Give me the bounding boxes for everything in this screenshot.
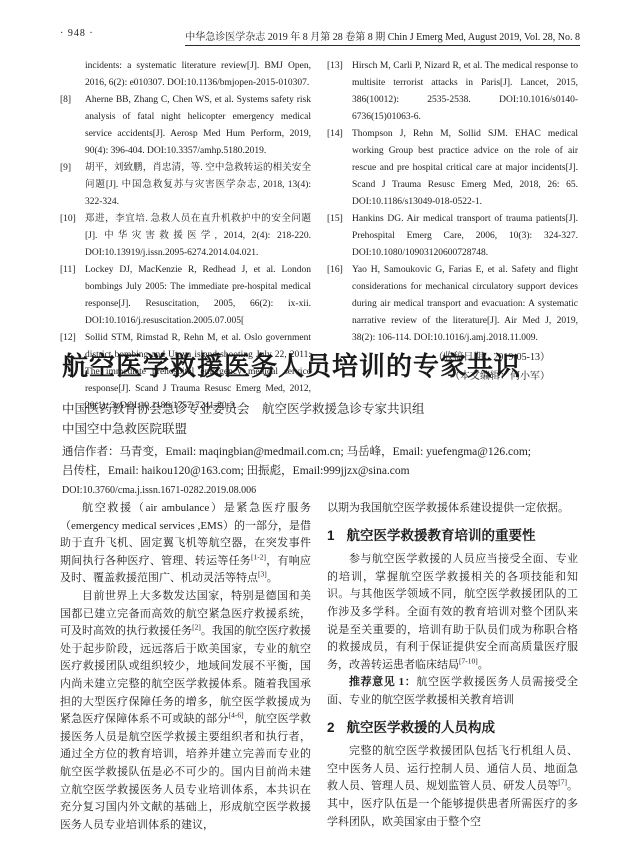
reference-text: Hankins DG. Air medical transport of tra… xyxy=(352,211,578,262)
journal-running-head-text: 中华急诊医学杂志 2019 年 8 月第 28 卷第 8 期 Chin J Em… xyxy=(185,28,580,46)
section-title: 航空医学救援的人员构成 xyxy=(347,720,496,735)
correspondence-line-2: 吕传柱，Email: haikou120@163.com; 田振彪，Email:… xyxy=(62,462,578,481)
paragraph-text: 完整的航空医学救援团队包括飞行机组人员、空中医务人员、运行控制人员、通信人员、地… xyxy=(327,745,578,792)
reference-item: [10] 郑进，李宜培. 急救人员在直升机救护中的安全问题[J]. 中华灾害救援… xyxy=(60,211,311,262)
reference-text: Thompson J, Rehn M, Sollid SJM. EHAC med… xyxy=(352,126,578,211)
recommendation-paragraph: 推荐意见 1：航空医学救援医务人员需接受全面、专业的航空医学救援相关教育培训 xyxy=(327,674,578,709)
paragraph: 以期为我国航空医学救援体系建设提供一定依据。 xyxy=(327,500,578,518)
reference-number: [9] xyxy=(60,160,85,211)
reference-number: [16] xyxy=(327,262,352,347)
paragraph: 目前世界上大多数发达国家，特别是德国和美国都已建立完备而高效的航空紧急医疗救援系… xyxy=(60,588,311,834)
reference-text: incidents: a systematic literature revie… xyxy=(85,58,311,92)
reference-item: [8] Aherne BB, Zhang C, Chen WS, et al. … xyxy=(60,92,311,160)
reference-text: Aherne BB, Zhang C, Chen WS, et al. Syst… xyxy=(85,92,311,160)
reference-number: [8] xyxy=(60,92,85,160)
citation-marker: [7] xyxy=(558,778,567,787)
author-group-line-2: 中国空中急救医院联盟 xyxy=(62,419,578,439)
body-column-left: 航空救援（air ambulance）是紧急医疗服务（emergency med… xyxy=(60,500,311,834)
citation-marker: [7-10] xyxy=(459,656,478,665)
section-number: 1 xyxy=(327,528,335,543)
article-title: 航空医学救援医务人员培训的专家共识 xyxy=(62,346,578,383)
reference-number: [15] xyxy=(327,211,352,262)
section-number: 2 xyxy=(327,720,335,735)
doi: DOI:10.3760/cma.j.issn.1671-0282.2019.08… xyxy=(62,485,578,496)
reference-text: 郑进，李宜培. 急救人员在直升机救护中的安全问题[J]. 中华灾害救援医学, 2… xyxy=(85,211,311,262)
reference-text: Hirsch M, Carli P, Nizard R, et al. The … xyxy=(352,58,578,126)
journal-running-head: 中华急诊医学杂志 2019 年 8 月第 28 卷第 8 期 Chin J Em… xyxy=(180,28,580,46)
body-column-right: 以期为我国航空医学救援体系建设提供一定依据。 1航空医学救援教育培训的重要性 参… xyxy=(327,500,578,834)
reference-number: [10] xyxy=(60,211,85,262)
section-title: 航空医学救援教育培训的重要性 xyxy=(347,528,536,543)
paragraph-text: ，航空医学救援医务人员是航空医学救援主要组织者和执行者，通过全方位的教育培训，培… xyxy=(60,713,311,831)
reference-item: incidents: a systematic literature revie… xyxy=(60,58,311,92)
author-group-line-1: 中国医药教育协会急诊专业委员会 航空医学救援急诊专家共识组 xyxy=(62,399,578,419)
reference-item: [16] Yao H, Samoukovic G, Farias E, et a… xyxy=(327,262,578,347)
reference-text: Lockey DJ, MacKenzie R, Redhead J, et al… xyxy=(85,262,311,330)
article-header: 航空医学救援医务人员培训的专家共识 中国医药教育协会急诊专业委员会 航空医学救援… xyxy=(62,346,578,496)
citation-marker: [2] xyxy=(192,623,201,632)
paragraph-text: 。我国的航空医疗救援处于起步阶段，远远落后于欧美国家，专业的航空医疗救援团队或组… xyxy=(60,625,311,725)
reference-item: [9] 胡平，刘致鹏，肖忠清，等. 空中急救转运的相关安全问题[J]. 中国急救… xyxy=(60,160,311,211)
paragraph-text: 参与航空医学救援的人员应当接受全面、专业的培训，掌握航空医学救援相关的各项技能和… xyxy=(327,553,578,671)
article-body: 航空救援（air ambulance）是紧急医疗服务（emergency med… xyxy=(60,500,578,834)
paragraph: 完整的航空医学救援团队包括飞行机组人员、空中医务人员、运行控制人员、通信人员、地… xyxy=(327,743,578,831)
recommendation-label: 推荐意见 1： xyxy=(349,676,416,688)
reference-item: [15] Hankins DG. Air medical transport o… xyxy=(327,211,578,262)
paragraph-text: 。 xyxy=(267,572,278,584)
reference-text: 胡平，刘致鹏，肖忠清，等. 空中急救转运的相关安全问题[J]. 中国急救复苏与灾… xyxy=(85,160,311,211)
reference-text: Yao H, Samoukovic G, Farias E, et al. Sa… xyxy=(352,262,578,347)
page-header: · 948 · 中华急诊医学杂志 2019 年 8 月第 28 卷第 8 期 C… xyxy=(60,28,580,46)
paragraph-text: 。 xyxy=(478,659,489,671)
reference-number: [13] xyxy=(327,58,352,126)
citation-marker: [3] xyxy=(258,570,267,579)
page-number: · 948 · xyxy=(60,28,180,39)
reference-item: [14] Thompson J, Rehn M, Sollid SJM. EHA… xyxy=(327,126,578,211)
paragraph: 参与航空医学救援的人员应当接受全面、专业的培训，掌握航空医学救援相关的各项技能和… xyxy=(327,551,578,674)
correspondence-line-1: 通信作者：马青变，Email: maqingbian@medmail.com.c… xyxy=(62,443,578,462)
reference-number: [14] xyxy=(327,126,352,211)
section-heading-1: 1航空医学救援教育培训的重要性 xyxy=(327,527,578,545)
journal-page: · 948 · 中华急诊医学杂志 2019 年 8 月第 28 卷第 8 期 C… xyxy=(0,0,628,841)
citation-marker: [4-6] xyxy=(229,710,244,719)
section-heading-2: 2航空医学救援的人员构成 xyxy=(327,719,578,737)
reference-number xyxy=(60,58,85,92)
reference-item: [13] Hirsch M, Carli P, Nizard R, et al.… xyxy=(327,58,578,126)
reference-item: [11] Lockey DJ, MacKenzie R, Redhead J, … xyxy=(60,262,311,330)
reference-number: [11] xyxy=(60,262,85,330)
citation-marker: [1-2] xyxy=(251,552,266,561)
paragraph: 航空救援（air ambulance）是紧急医疗服务（emergency med… xyxy=(60,500,311,588)
